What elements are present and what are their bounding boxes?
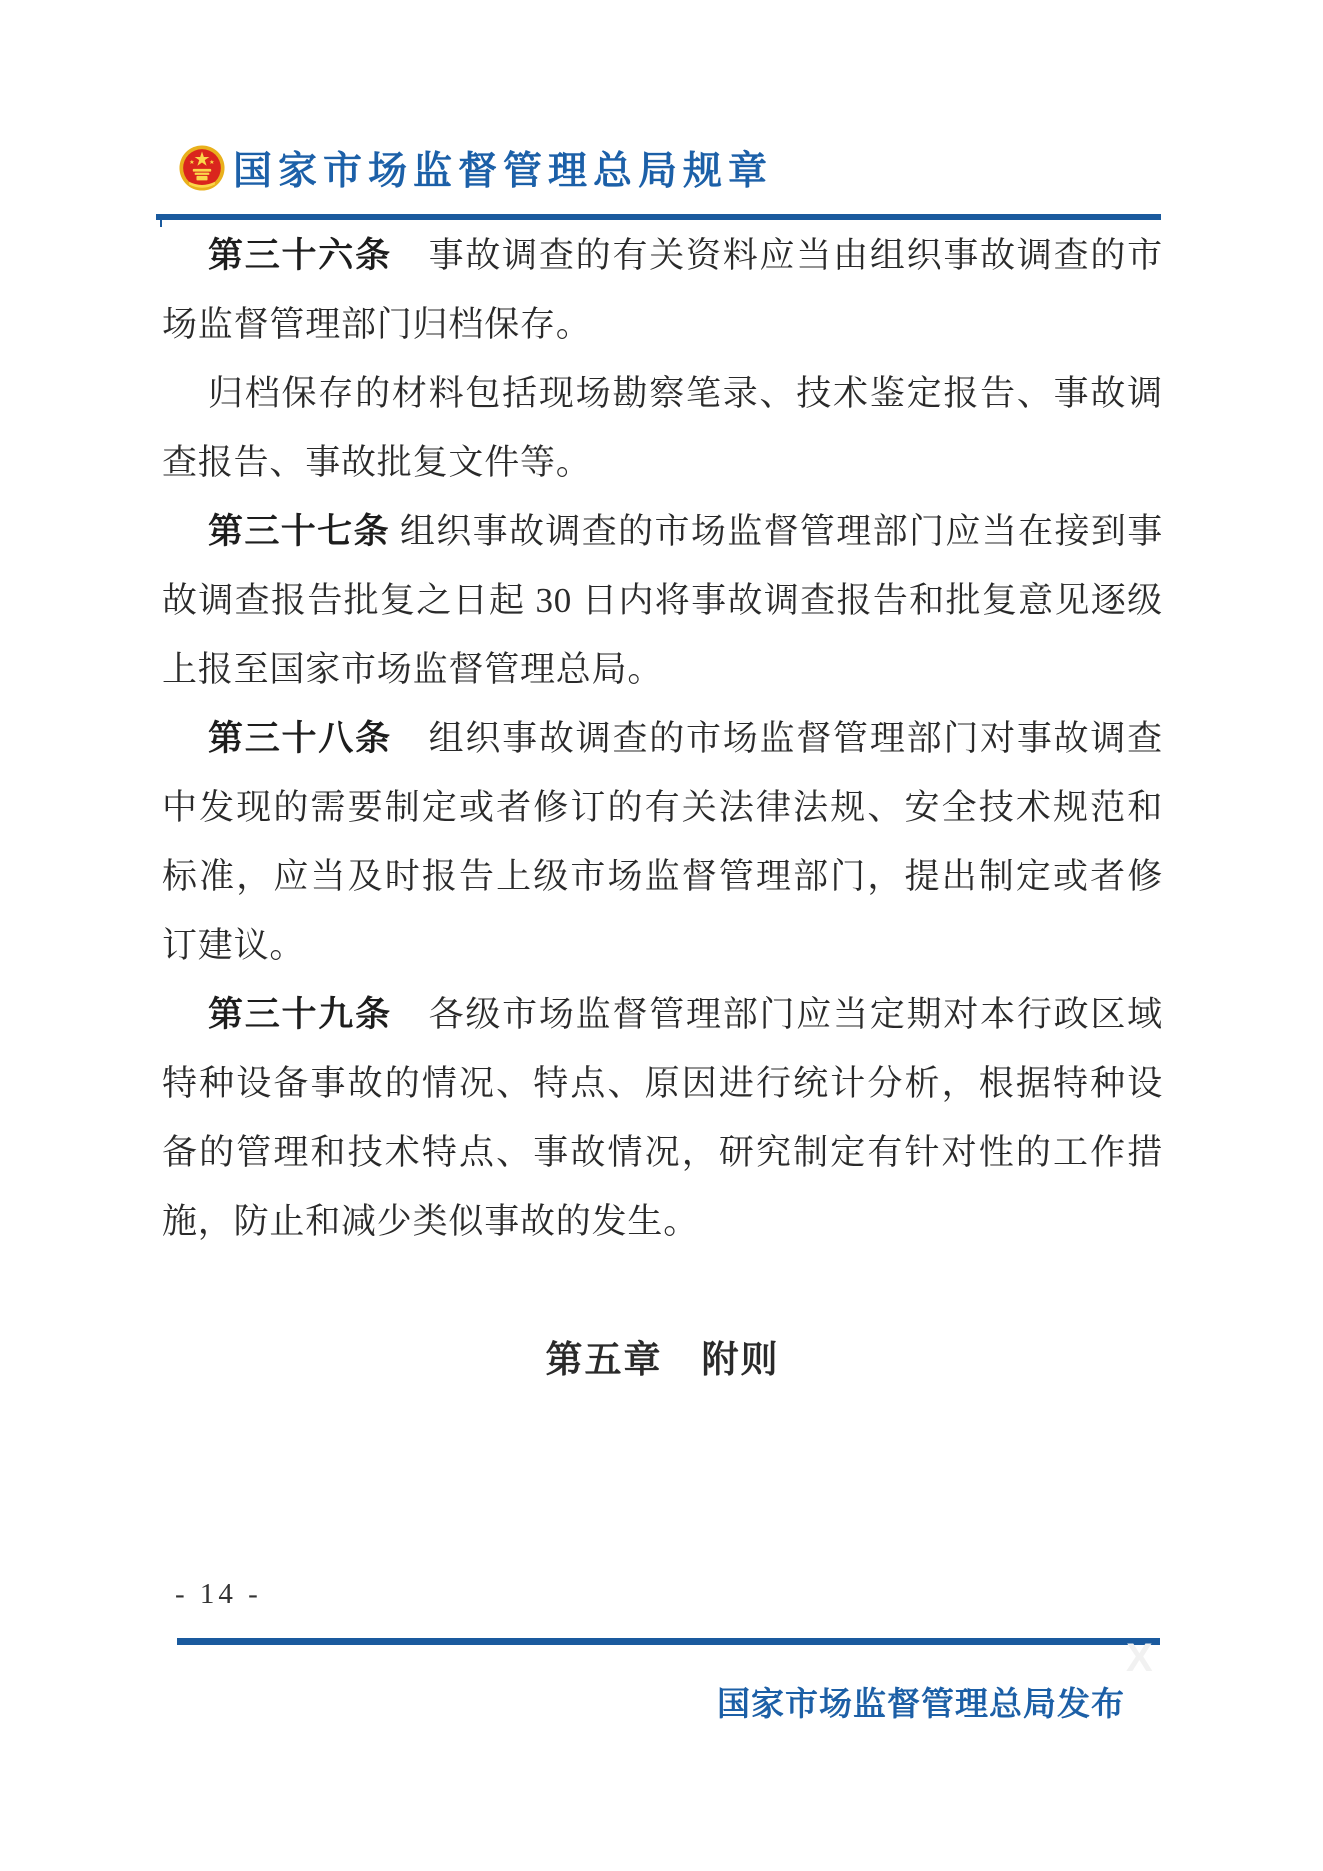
article-36-number: 第三十六条 bbox=[208, 236, 392, 275]
national-emblem-icon bbox=[179, 145, 225, 191]
article-39-number: 第三十九条 bbox=[208, 995, 392, 1034]
article-38-paragraph: 第三十八条 组织事故调查的市场监督管理部门对事故调查中发现的需要制定或者修订的有… bbox=[162, 704, 1163, 980]
document-body: 第三十六条 事故调查的有关资料应当由组织事故调查的市场监督管理部门归档保存。 归… bbox=[162, 221, 1163, 1394]
article-37-paragraph: 第三十七条 组织事故调查的市场监督管理部门应当在接到事故调查报告批复之日起 30… bbox=[162, 497, 1163, 704]
document-page: 国家市场监督管理总局规章 第三十六条 事故调查的有关资料应当由组织事故调查的市场… bbox=[0, 0, 1323, 1871]
article-39-paragraph: 第三十九条 各级市场监督管理部门应当定期对本行政区域特种设备事故的情况、特点、原… bbox=[162, 980, 1163, 1256]
page-number: - 14 - bbox=[175, 1578, 262, 1611]
article-36-paragraph: 第三十六条 事故调查的有关资料应当由组织事故调查的市场监督管理部门归档保存。 bbox=[162, 221, 1163, 359]
article-38-number: 第三十八条 bbox=[208, 719, 392, 758]
watermark-x: X bbox=[1126, 1636, 1153, 1681]
header-divider bbox=[156, 214, 1161, 220]
article-36-paragraph-2-text: 归档保存的材料包括现场勘察笔录、技术鉴定报告、事故调查报告、事故批复文件等。 bbox=[162, 374, 1163, 482]
article-37-number: 第三十七条 bbox=[208, 512, 390, 551]
page-title: 国家市场监督管理总局规章 bbox=[233, 140, 773, 196]
document-header: 国家市场监督管理总局规章 bbox=[179, 144, 773, 192]
chapter-heading: 第五章 附则 bbox=[162, 1325, 1163, 1394]
footer-divider bbox=[177, 1638, 1160, 1645]
publisher-line: 国家市场监督管理总局发布 bbox=[717, 1678, 1125, 1725]
article-36-paragraph-2: 归档保存的材料包括现场勘察笔录、技术鉴定报告、事故调查报告、事故批复文件等。 bbox=[162, 359, 1163, 497]
